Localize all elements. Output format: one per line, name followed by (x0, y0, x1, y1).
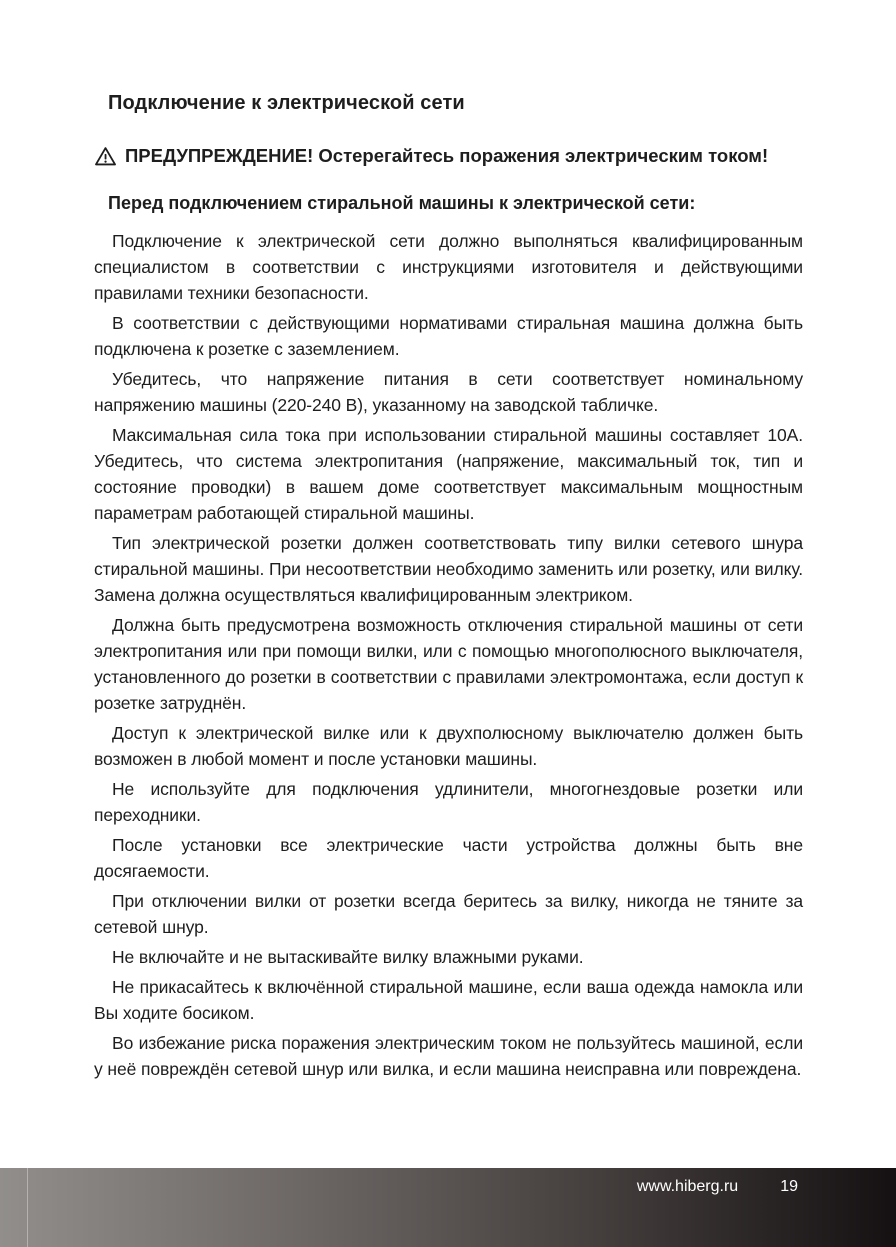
body-paragraph: Не включайте и не вытаскивайте вилку вла… (94, 944, 803, 970)
footer-spine-line (27, 1168, 28, 1247)
body-paragraph: Во избежание риска поражения электрическ… (94, 1030, 803, 1082)
body-paragraph: После установки все электрические части … (94, 832, 803, 884)
footer-text: www.hiberg.ru 19 (637, 1177, 798, 1197)
body-paragraph: Убедитесь, что напряжение питания в сети… (94, 366, 803, 418)
page-content: Подключение к электрической сети ПРЕДУПР… (94, 92, 803, 1086)
body-paragraph: Подключение к электрической сети должно … (94, 228, 803, 306)
page-title: Подключение к электрической сети (94, 92, 803, 115)
body-paragraph: Не прикасайтесь к включённой стиральной … (94, 974, 803, 1026)
manual-page: Подключение к электрической сети ПРЕДУПР… (0, 0, 896, 1247)
warning-triangle-icon (94, 146, 117, 167)
warning-banner: ПРЕДУПРЕЖДЕНИЕ! Остерегайтесь поражения … (94, 145, 803, 167)
footer-page-number: 19 (780, 1177, 798, 1197)
body-paragraph: Доступ к электрической вилке или к двухп… (94, 720, 803, 772)
footer-bar: www.hiberg.ru 19 (0, 1168, 896, 1247)
section-subtitle: Перед подключением стиральной машины к э… (94, 193, 803, 214)
body-paragraph: Тип электрической розетки должен соответ… (94, 530, 803, 608)
body-paragraph: В соответствии с действующими нормативам… (94, 310, 803, 362)
body-paragraph: При отключении вилки от розетки всегда б… (94, 888, 803, 940)
warning-text: ПРЕДУПРЕЖДЕНИЕ! Остерегайтесь поражения … (125, 145, 768, 167)
body-text: Подключение к электрической сети должно … (94, 228, 803, 1082)
body-paragraph: Должна быть предусмотрена возможность от… (94, 612, 803, 716)
footer-website: www.hiberg.ru (637, 1177, 738, 1197)
body-paragraph: Не используйте для подключения удлинител… (94, 776, 803, 828)
body-paragraph: Максимальная сила тока при использовании… (94, 422, 803, 526)
